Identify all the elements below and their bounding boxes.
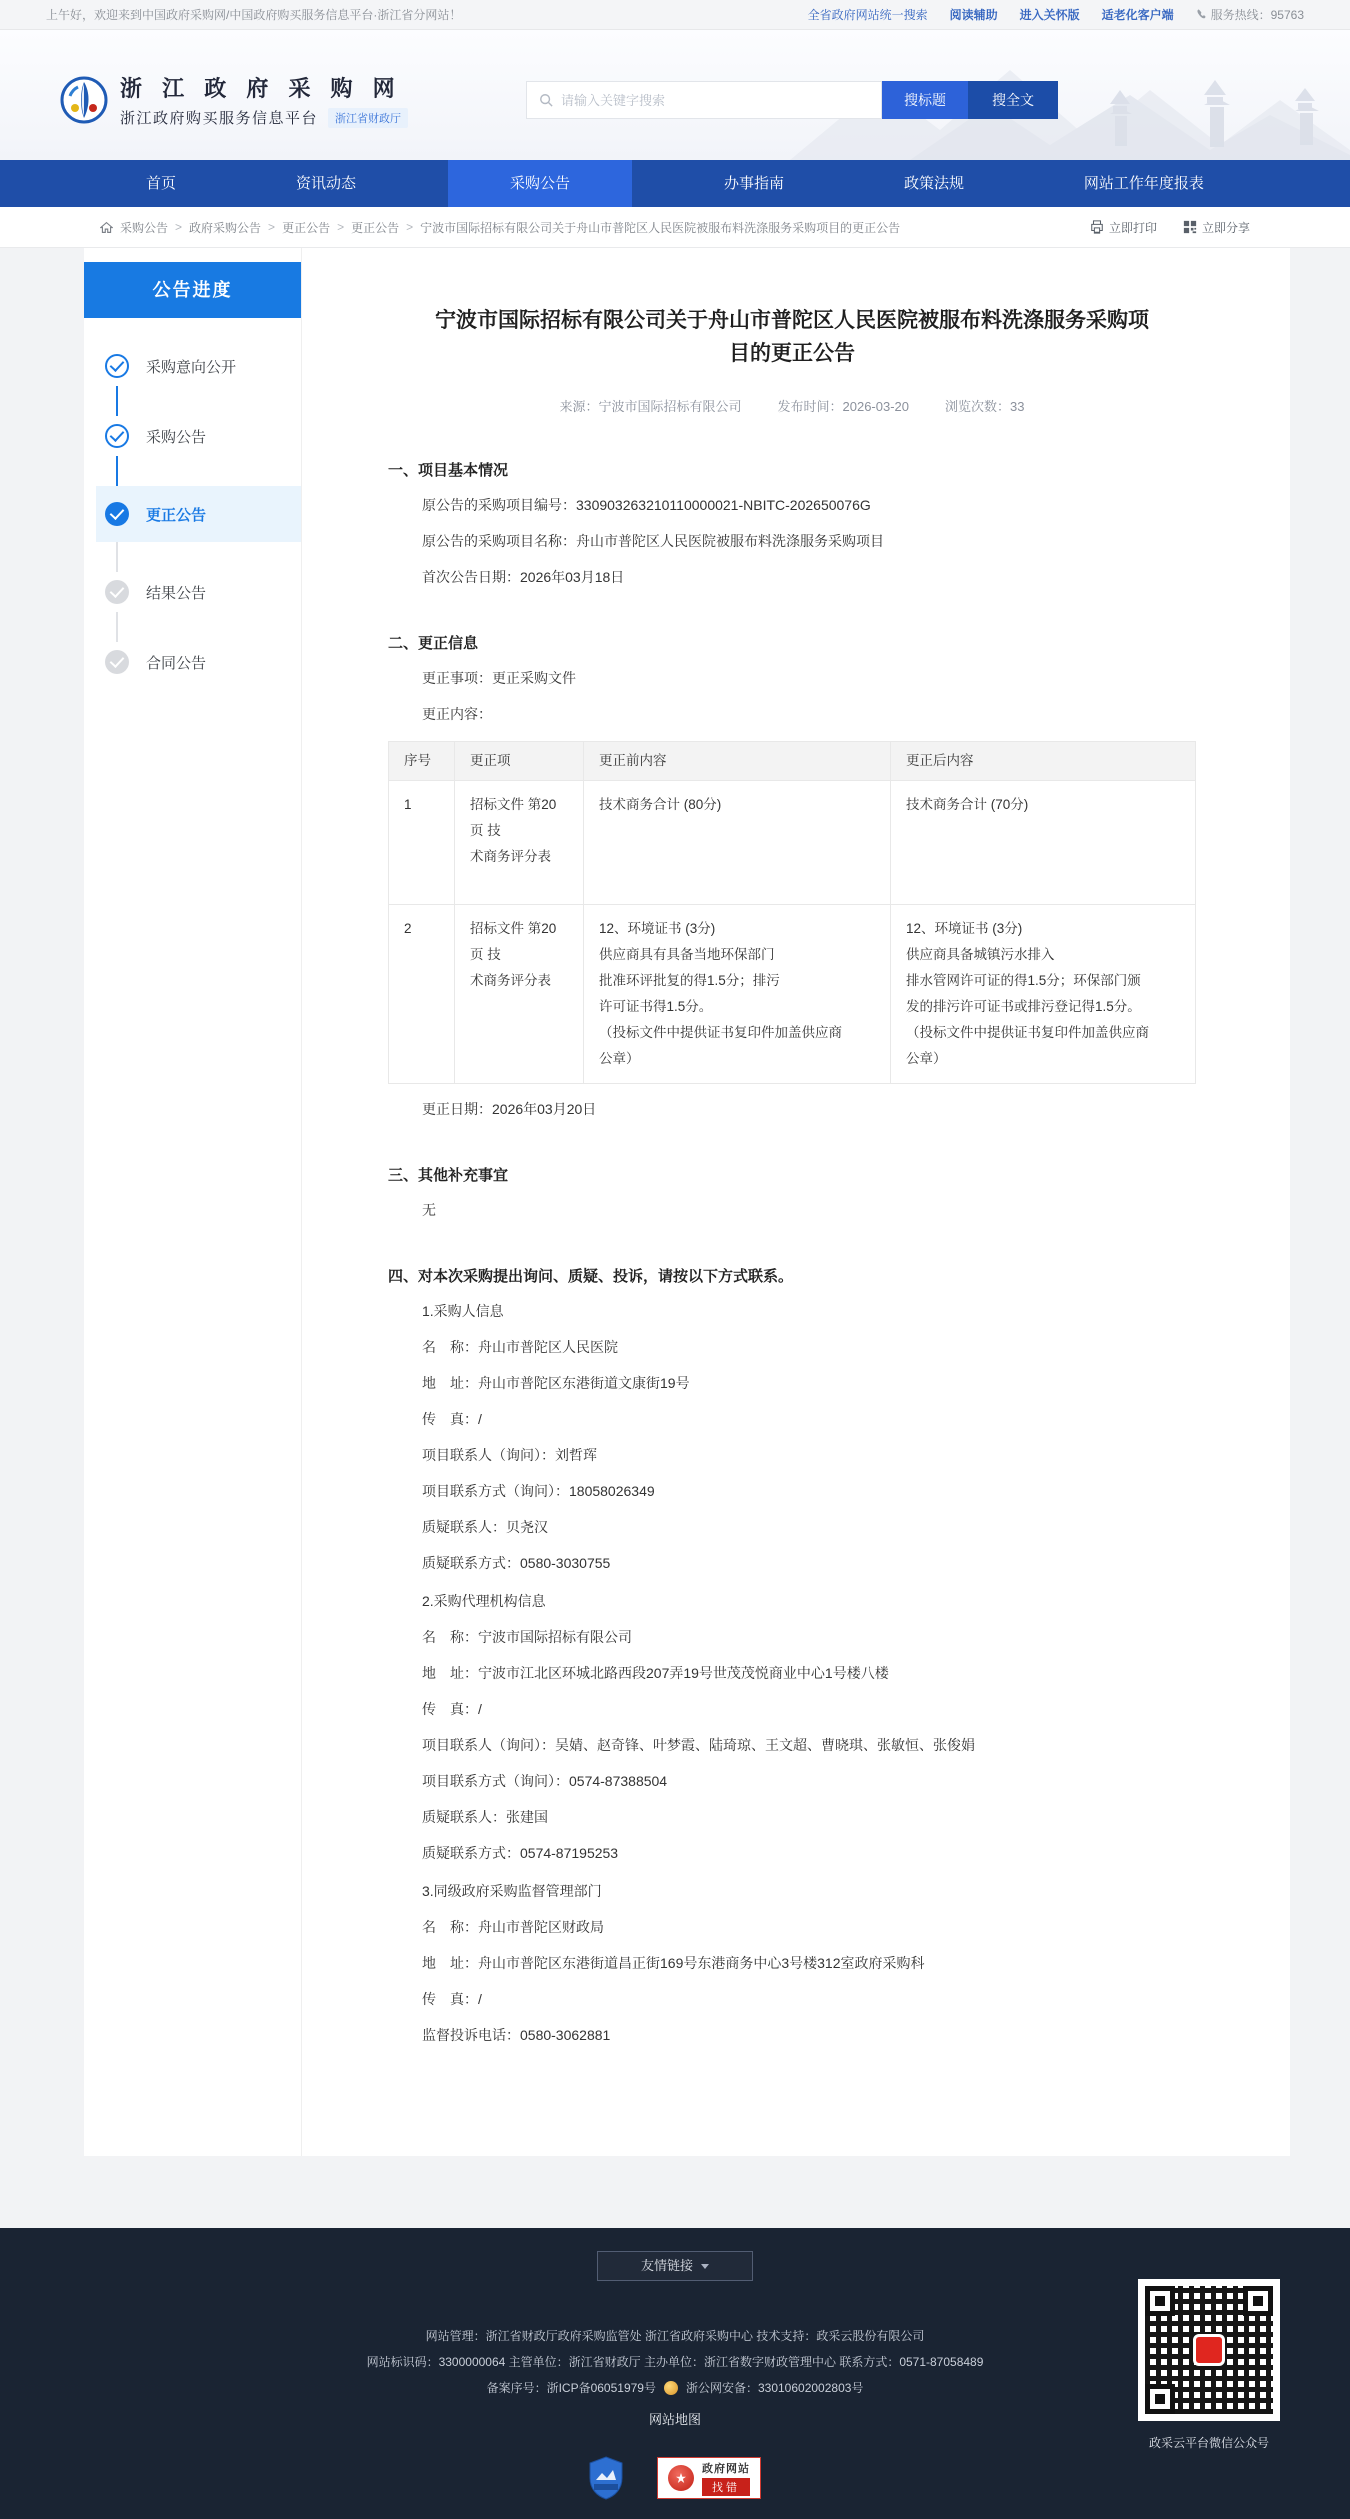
gov-site-error-report-badge[interactable]: 政府网站 找错 <box>657 2457 761 2499</box>
progress-title: 公告进度 <box>84 262 301 318</box>
qr-center-logo <box>1193 2334 1225 2366</box>
content-card: 公告进度 采购意向公开 采购公告 更正公告 结果公告 <box>84 248 1290 2156</box>
nav-item-news[interactable]: 资讯动态 <box>268 160 384 207</box>
meta-source: 来源：宁波市国际招标有限公司 <box>560 396 742 415</box>
correction-table: 序号 更正项 更正前内容 更正后内容 1 招标文件 第20页 技 术商务评分表 … <box>388 741 1196 1084</box>
contact-line: 项目联系方式（询问）：18058026349 <box>422 1480 1196 1502</box>
step-intention-publication[interactable]: 采购意向公开 <box>84 346 301 386</box>
home-icon <box>100 221 113 234</box>
chevron-down-icon <box>701 2264 709 2269</box>
certification-badge-icon[interactable] <box>589 2456 623 2500</box>
search-bar: 搜标题 搜全文 <box>526 81 1058 119</box>
correction-date-line: 更正日期：2026年03月20日 <box>422 1098 1196 1120</box>
phone-icon <box>1196 9 1207 20</box>
crumb-gov-notices[interactable]: 政府采购公告 <box>189 219 261 236</box>
site-header: 浙 江 政 府 采 购 网 浙江政府购买服务信息平台 浙江省财政厅 搜标题 搜全… <box>0 30 1350 160</box>
error-badge-title: 政府网站 <box>702 2460 750 2476</box>
group1-title: 1.采购人信息 <box>422 1300 1196 1322</box>
crumb-current-page: 宁波市国际招标有限公司关于舟山市普陀区人民医院被服布料洗涤服务采购项目的更正公告 <box>420 219 900 236</box>
nav-item-policies[interactable]: 政策法规 <box>876 160 992 207</box>
step-result-notice[interactable]: 结果公告 <box>84 572 301 612</box>
printer-icon <box>1090 220 1104 234</box>
public-security-badge-icon <box>664 2381 678 2395</box>
contact-line: 项目联系方式（询问）：0574-87388504 <box>422 1770 1196 1792</box>
cell-item: 招标文件 第20页 技 术商务评分表 <box>455 905 584 1084</box>
contact-line: 地 址：宁波市江北区环城北路西段207弄19号世茂茂悦商业中心1号楼八楼 <box>422 1662 1196 1684</box>
step-connector <box>116 386 118 416</box>
article-title: 宁波市国际招标有限公司关于舟山市普陀区人民医院被服布料洗涤服务采购项目的更正公告 <box>427 304 1157 370</box>
cell-no: 2 <box>389 905 455 1084</box>
correction-content-label: 更正内容： <box>422 703 1196 725</box>
crumb-correction-notices-2[interactable]: 更正公告 <box>351 219 399 236</box>
contact-line: 项目联系人（询问）：吴婧、赵奇锋、叶梦霞、陆琦琼、王文超、曹晓琪、张敏恒、张俊娟 <box>422 1734 1196 1756</box>
topbar-link-elderly-client[interactable]: 适老化客户端 <box>1102 6 1174 23</box>
search-title-button[interactable]: 搜标题 <box>882 81 968 119</box>
topbar-link-unified-search[interactable]: 全省政府网站统一搜索 <box>808 6 928 23</box>
contact-line: 质疑联系方式：0574-87195253 <box>422 1842 1196 1864</box>
cell-item: 招标文件 第20页 技 术商务评分表 <box>455 781 584 905</box>
contact-line: 项目联系人（询问）：刘哲珲 <box>422 1444 1196 1466</box>
contact-line: 名 称：宁波市国际招标有限公司 <box>422 1626 1196 1648</box>
step-correction-notice[interactable]: 更正公告 <box>96 486 301 542</box>
col-header-before: 更正前内容 <box>584 742 891 781</box>
site-logo <box>60 76 108 124</box>
print-button[interactable]: 立即打印 <box>1090 219 1157 236</box>
check-circle-icon <box>105 424 129 448</box>
gov-emblem-icon <box>668 2465 694 2491</box>
project-number-line: 原公告的采购项目编号：330903263210110000021-NBITC-2… <box>422 494 1196 516</box>
icp-number[interactable]: 备案序号：浙ICP备06051979号 <box>487 2375 656 2401</box>
group2-title: 2.采购代理机构信息 <box>422 1590 1196 1612</box>
contact-line: 传 真：/ <box>422 1408 1196 1430</box>
step-procurement-notice[interactable]: 采购公告 <box>84 416 301 456</box>
crumb-correction-notices[interactable]: 更正公告 <box>282 219 330 236</box>
contact-line: 名 称：舟山市普陀区人民医院 <box>422 1336 1196 1358</box>
service-hotline: 服务热线：95763 <box>1196 6 1304 23</box>
topbar-link-reading-aid[interactable]: 阅读辅助 <box>950 6 998 23</box>
public-security-number[interactable]: 浙公网安备：33010602002803号 <box>686 2375 863 2401</box>
nav-item-home[interactable]: 首页 <box>118 160 204 207</box>
contact-line: 传 真：/ <box>422 1698 1196 1720</box>
first-notice-date-line: 首次公告日期：2026年03月18日 <box>422 566 1196 588</box>
col-header-item: 更正项 <box>455 742 584 781</box>
section4-heading: 四、对本次采购提出询问、质疑、投诉，请按以下方式联系。 <box>388 1265 1196 1286</box>
project-name-line: 原公告的采购项目名称：舟山市普陀区人民医院被服布料洗涤服务采购项目 <box>422 530 1196 552</box>
breadcrumb: 采购公告 > 政府采购公告 > 更正公告 > 更正公告 > 宁波市国际招标有限公… <box>100 219 900 236</box>
top-utility-bar: 上午好，欢迎来到中国政府采购网/中国政府购买服务信息平台·浙江省分网站！ 全省政… <box>0 0 1350 30</box>
contact-line: 地 址：舟山市普陀区东港街道昌正街169号东港商务中心3号楼312室政府采购科 <box>422 1952 1196 1974</box>
article: 宁波市国际招标有限公司关于舟山市普陀区人民医院被服布料洗涤服务采购项目的更正公告… <box>302 248 1290 2156</box>
nav-item-guide[interactable]: 办事指南 <box>696 160 812 207</box>
check-circle-icon <box>105 580 129 604</box>
nav-item-procurement-notices[interactable]: 采购公告 <box>448 160 632 207</box>
check-circle-icon <box>105 354 129 378</box>
progress-rail: 公告进度 采购意向公开 采购公告 更正公告 结果公告 <box>84 248 302 2156</box>
site-footer: 友情链接 网站管理：浙江省财政厅政府采购监管处 浙江省政府采购中心 技术支持：政… <box>0 2228 1350 2519</box>
meta-views: 浏览次数：33 <box>945 396 1024 415</box>
cell-after: 12、环境证书 (3分) 供应商具备城镇污水排入 排水管网许可证的得1.5分；环… <box>891 905 1196 1084</box>
search-input[interactable] <box>561 93 869 108</box>
col-header-after: 更正后内容 <box>891 742 1196 781</box>
article-meta: 来源：宁波市国际招标有限公司 发布时间：2026-03-20 浏览次数：33 <box>388 396 1196 415</box>
site-subtitle: 浙江政府购买服务信息平台 <box>120 107 318 128</box>
contact-line: 质疑联系人：贝尧汉 <box>422 1516 1196 1538</box>
sitemap-link[interactable]: 网站地图 <box>649 2412 701 2427</box>
group3-title: 3.同级政府采购监督管理部门 <box>422 1880 1196 1902</box>
share-button[interactable]: 立即分享 <box>1183 219 1250 236</box>
topbar-link-care-version[interactable]: 进入关怀版 <box>1020 6 1080 23</box>
cell-no: 1 <box>389 781 455 905</box>
crumb-procurement-notices[interactable]: 采购公告 <box>120 219 168 236</box>
meta-publish-time: 发布时间：2026-03-20 <box>778 396 910 415</box>
qr-finder-pattern <box>1145 2286 1175 2316</box>
contact-line: 质疑联系人：张建国 <box>422 1806 1196 1828</box>
contact-line: 地 址：舟山市普陀区东港街道文康街19号 <box>422 1372 1196 1394</box>
search-fulltext-button[interactable]: 搜全文 <box>968 81 1058 119</box>
cell-before: 技术商务合计 (80分) <box>584 781 891 905</box>
cell-after: 技术商务合计 (70分) <box>891 781 1196 905</box>
qr-share-icon <box>1183 220 1197 234</box>
friend-links-dropdown[interactable]: 友情链接 <box>597 2251 753 2281</box>
table-row: 2 招标文件 第20页 技 术商务评分表 12、环境证书 (3分) 供应商具有具… <box>389 905 1196 1084</box>
contact-line: 名 称：舟山市普陀区财政局 <box>422 1916 1196 1938</box>
contact-line: 质疑联系方式：0580-3030755 <box>422 1552 1196 1574</box>
correction-item-line: 更正事项：更正采购文件 <box>422 667 1196 689</box>
table-row: 1 招标文件 第20页 技 术商务评分表 技术商务合计 (80分) 技术商务合计… <box>389 781 1196 905</box>
col-header-no: 序号 <box>389 742 455 781</box>
step-contract-notice[interactable]: 合同公告 <box>84 642 301 682</box>
wechat-qr-code <box>1138 2279 1280 2421</box>
contact-line: 监督投诉电话：0580-3062881 <box>422 2024 1196 2046</box>
step-connector <box>116 612 118 642</box>
step-connector <box>116 456 118 486</box>
cell-before: 12、环境证书 (3分) 供应商具有具备当地环保部门 批准环评批复的得1.5分；… <box>584 905 891 1084</box>
check-circle-icon <box>105 502 129 526</box>
finance-dept-badge: 浙江省财政厅 <box>328 108 408 128</box>
step-connector <box>116 542 118 572</box>
section3-heading: 三、其他补充事宜 <box>388 1164 1196 1185</box>
breadcrumb-bar: 采购公告 > 政府采购公告 > 更正公告 > 更正公告 > 宁波市国际招标有限公… <box>0 207 1350 248</box>
contact-line: 传 真：/ <box>422 1988 1196 2010</box>
qr-finder-pattern <box>1145 2384 1175 2414</box>
main-nav: 首页 资讯动态 采购公告 办事指南 政策法规 网站工作年度报表 <box>0 160 1350 207</box>
nav-item-annual-report[interactable]: 网站工作年度报表 <box>1056 160 1232 207</box>
qr-caption: 政采云平台微信公众号 <box>1138 2434 1280 2451</box>
section1-heading: 一、项目基本情况 <box>388 459 1196 480</box>
section3-body: 无 <box>422 1199 1196 1221</box>
check-circle-icon <box>105 650 129 674</box>
search-icon <box>539 93 553 107</box>
qr-finder-pattern <box>1243 2286 1273 2316</box>
section2-heading: 二、更正信息 <box>388 632 1196 653</box>
site-title: 浙 江 政 府 采 购 网 <box>120 72 408 103</box>
page-gap <box>0 2156 1350 2228</box>
welcome-text: 上午好，欢迎来到中国政府采购网/中国政府购买服务信息平台·浙江省分网站！ <box>46 6 461 23</box>
error-badge-action: 找错 <box>702 2478 750 2496</box>
